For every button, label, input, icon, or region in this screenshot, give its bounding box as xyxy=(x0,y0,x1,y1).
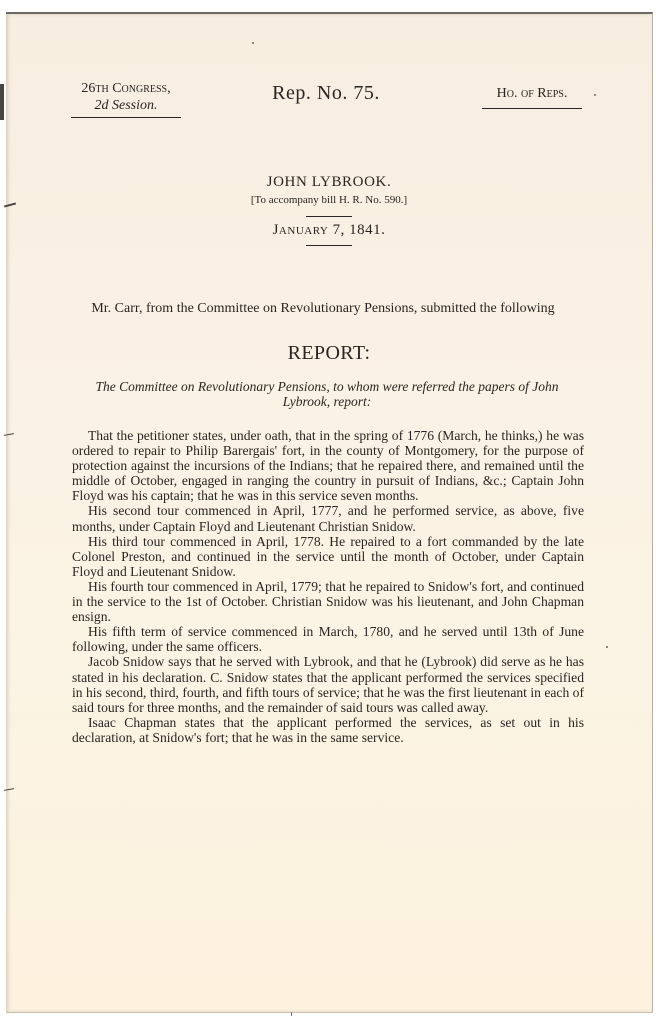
house-block: Ho. of Reps. xyxy=(482,86,582,109)
session-label: 2d Session. xyxy=(66,97,186,114)
title-block: JOHN LYBROOK. [To accompany bill H. R. N… xyxy=(6,174,652,246)
paragraph: His third tour commenced in April, 1778.… xyxy=(72,534,584,579)
committee-intro: The Committee on Revolutionary Pensions,… xyxy=(72,380,582,409)
paper-speck xyxy=(606,646,608,648)
header-rule xyxy=(482,108,582,109)
document-header: 26th Congress, 2d Session. Rep. No. 75. … xyxy=(6,80,652,130)
paper-speck xyxy=(291,1012,292,1016)
congress-label: 26th Congress, xyxy=(66,80,186,97)
header-rule xyxy=(71,117,181,118)
report-body: That the petitioner states, under oath, … xyxy=(72,428,584,745)
paper-tear-mark xyxy=(4,433,14,436)
submitted-by-line: Mr. Carr, from the Committee on Revoluti… xyxy=(68,301,578,316)
paper-tear-mark xyxy=(4,788,14,791)
paragraph: His second tour commenced in April, 1777… xyxy=(72,503,584,533)
report-number: Rep. No. 75. xyxy=(261,82,391,105)
report-heading: REPORT: xyxy=(6,342,652,365)
paragraph: Jacob Snidow says that he served with Ly… xyxy=(72,654,584,714)
paragraph: His fifth term of service commenced in M… xyxy=(72,624,584,654)
accompany-bill-note: [To accompany bill H. R. No. 590.] xyxy=(6,194,652,206)
paragraph: That the petitioner states, under oath, … xyxy=(72,428,584,503)
document-page: 26th Congress, 2d Session. Rep. No. 75. … xyxy=(6,12,653,1013)
paper-speck xyxy=(252,42,254,44)
congress-session-block: 26th Congress, 2d Session. xyxy=(66,80,186,118)
divider-rule xyxy=(306,216,352,217)
report-date: January 7, 1841. xyxy=(6,222,652,239)
paper-tear-mark xyxy=(0,84,4,120)
paragraph: His fourth tour commenced in April, 1779… xyxy=(72,579,584,624)
petitioner-name: JOHN LYBROOK. xyxy=(6,174,652,191)
paragraph: Isaac Chapman states that the applicant … xyxy=(72,715,584,745)
house-label: Ho. of Reps. xyxy=(482,86,582,102)
divider-rule xyxy=(306,245,352,246)
